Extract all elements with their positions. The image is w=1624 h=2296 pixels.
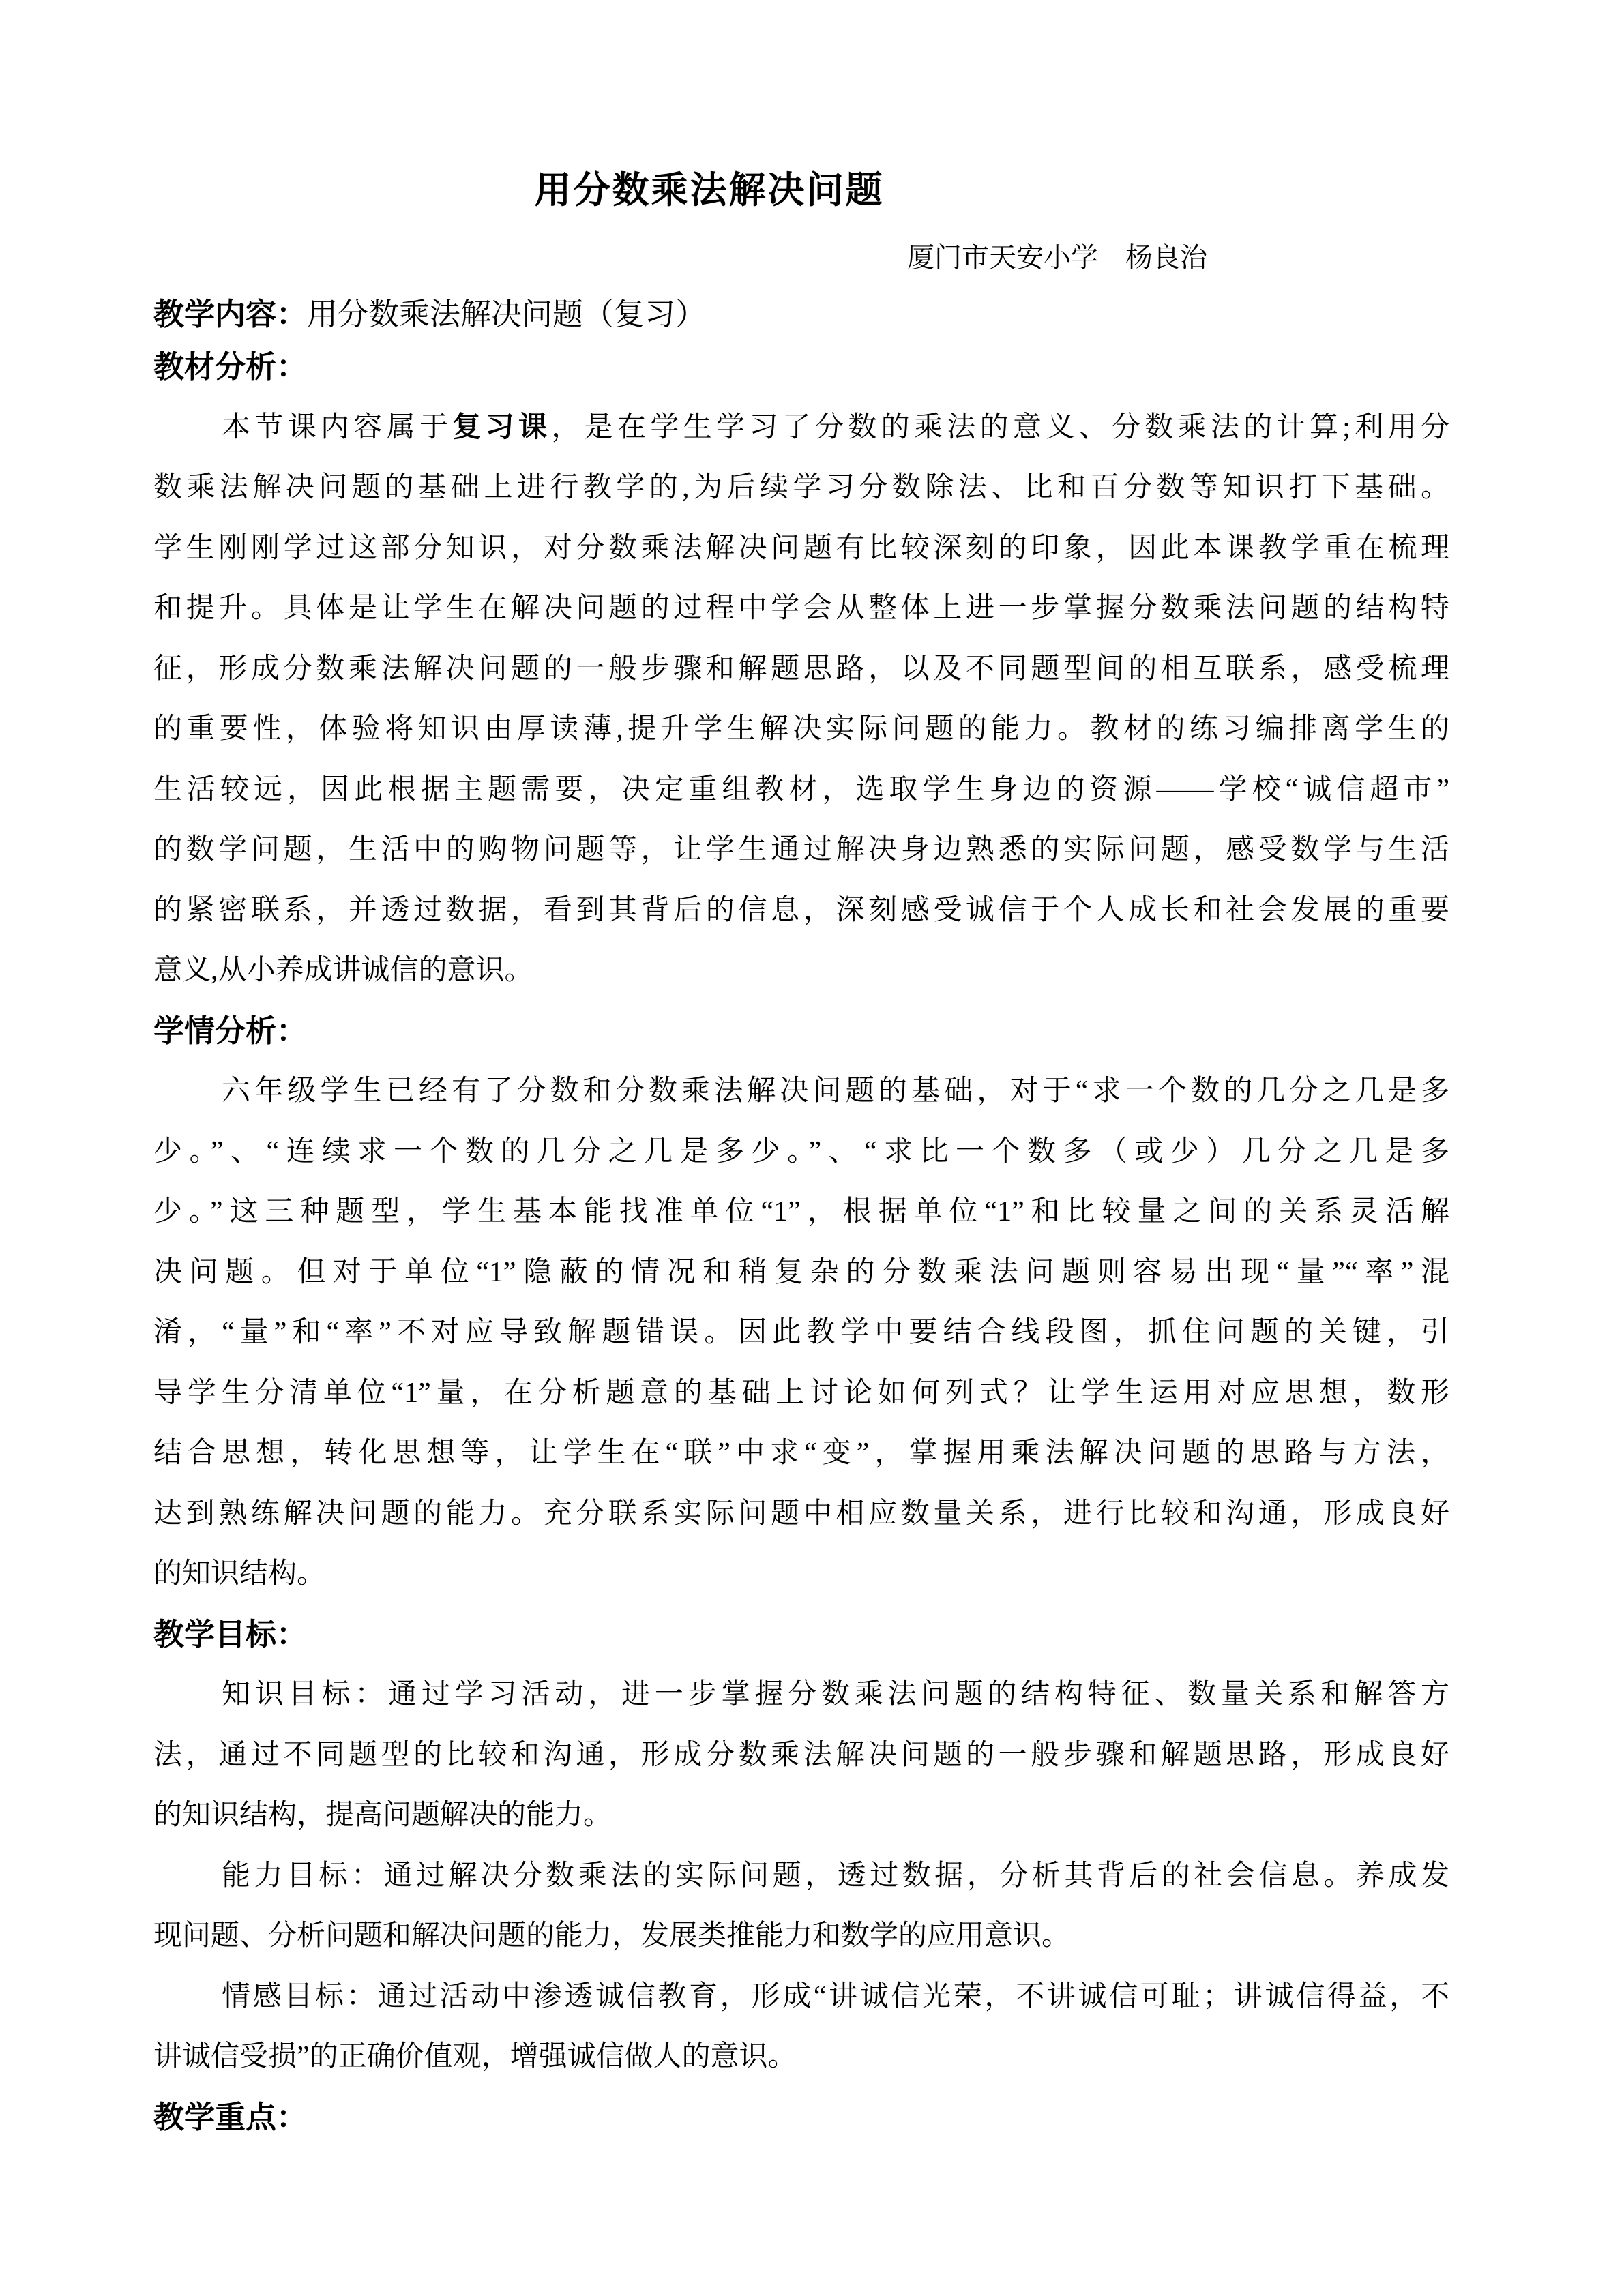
- text-run: 意义,从小养成讲诚信的意识。: [153, 955, 533, 986]
- paragraph-line: 的知识结构，提高问题解决的能力。: [153, 1785, 1449, 1846]
- text-run: 现问题、分析问题和解决问题的能力，发展类推能力和数学的应用意识。: [153, 1920, 1070, 1952]
- author-byline: 厦门市天安小学 杨良治: [153, 236, 1449, 275]
- paragraph-line: 现问题、分析问题和解决问题的能力，发展类推能力和数学的应用意识。: [153, 1906, 1449, 1967]
- teaching-content-line: 教学内容：用分数乘法解决问题（复习）: [153, 289, 1449, 333]
- section-heading: 教学重点：: [153, 2087, 1449, 2148]
- paragraph-line: 和提升。具体是让学生在解决问题的过程中学会从整体上进一步掌握分数乘法问题的结构特: [153, 578, 1449, 639]
- paragraph-line: 数乘法解决问题的基础上进行教学的,为后续学习分数除法、比和百分数等知识打下基础。: [153, 458, 1449, 518]
- paragraph-line: 学生刚刚学过这部分知识，对分数乘法解决问题有比较深刻的印象，因此本课教学重在梳理: [153, 518, 1449, 579]
- text-run: ，是在学生学习了分数的乘法的意义、分数乘法的计算;利用分: [551, 412, 1449, 443]
- paragraph-line: 意义,从小养成讲诚信的意识。: [153, 940, 1449, 1001]
- text-run: 的重要性，体验将知识由厚读薄,提升学生解决实际问题的能力。教材的练习编排离学生的: [153, 713, 1449, 745]
- text-run: 征，形成分数乘法解决问题的一般步骤和解题思路，以及不同题型间的相互联系，感受梳理: [153, 653, 1449, 685]
- text-run: 法，通过不同题型的比较和沟通，形成分数乘法解决问题的一般步骤和解题思路，形成良好: [153, 1740, 1449, 1771]
- paragraph-line: 的紧密联系，并透过数据，看到其背后的信息，深刻感受诚信于个人成长和社会发展的重要: [153, 880, 1449, 941]
- text-run: 情感目标：通过活动中渗透诚信教育，形成“讲诚信光荣，不讲诚信可耻；讲诚信得益，不: [222, 1981, 1449, 2012]
- paragraph-line: 讲诚信受损”的正确价值观，增强诚信做人的意识。: [153, 2027, 1449, 2087]
- text-run: 的知识结构，提高问题解决的能力。: [153, 1800, 612, 1831]
- paragraph-line: 知识目标：通过学习活动，进一步掌握分数乘法问题的结构特征、数量关系和解答方: [153, 1665, 1449, 1725]
- section-heading: 教学目标：: [153, 1605, 1449, 1665]
- paragraph-line: 法，通过不同题型的比较和沟通，形成分数乘法解决问题的一般步骤和解题思路，形成良好: [153, 1725, 1449, 1786]
- paragraph-line: 淆，“量”和“率”不对应导致解题错误。因此教学中要结合线段图，抓住问题的关键，引: [153, 1302, 1449, 1363]
- text-run: 的知识结构。: [153, 1558, 325, 1590]
- paragraph-line: 结合思想，转化思想等，让学生在“联”中求“变”，掌握用乘法解决问题的思路与方法，: [153, 1423, 1449, 1484]
- paragraph-line: 少。”、“连续求一个数的几分之几是多少。”、“求比一个数多（或少）几分之几是多: [153, 1122, 1449, 1182]
- text-run: 能力目标：通过解决分数乘法的实际问题，透过数据，分析其背后的社会信息。养成发: [222, 1860, 1449, 1892]
- text-run: 的紧密联系，并透过数据，看到其背后的信息，深刻感受诚信于个人成长和社会发展的重要: [153, 895, 1449, 926]
- paragraph-line: 六年级学生已经有了分数和分数乘法解决问题的基础，对于“求一个数的几分之几是多: [153, 1061, 1449, 1122]
- document-body: 教材分析：本节课内容属于复习课，是在学生学习了分数的乘法的意义、分数乘法的计算;…: [153, 337, 1449, 2147]
- paragraph-line: 导学生分清单位“1”量，在分析题意的基础上讨论如何列式？让学生运用对应思想，数形: [153, 1363, 1449, 1424]
- text-run: 的数学问题，生活中的购物问题等，让学生通过解决身边熟悉的实际问题，感受数学与生活: [153, 834, 1449, 865]
- text-run: 淆，“量”和“率”不对应导致解题错误。因此教学中要结合线段图，抓住问题的关键，引: [153, 1317, 1449, 1348]
- text-run: 达到熟练解决问题的能力。充分联系实际问题中相应数量关系，进行比较和沟通，形成良好: [153, 1498, 1449, 1530]
- paragraph-line: 的重要性，体验将知识由厚读薄,提升学生解决实际问题的能力。教材的练习编排离学生的: [153, 699, 1449, 760]
- page-title: 用分数乘法解决问题: [61, 161, 1357, 213]
- text-run: 本节课内容属于: [222, 412, 452, 443]
- text-run: 导学生分清单位“1”量，在分析题意的基础上讨论如何列式？让学生运用对应思想，数形: [153, 1377, 1449, 1409]
- text-run: 决问题。但对于单位“1”隐蔽的情况和稍复杂的分数乘法问题则容易出现“量”“率”混: [153, 1257, 1449, 1288]
- text-run: 六年级学生已经有了分数和分数乘法解决问题的基础，对于“求一个数的几分之几是多: [222, 1075, 1449, 1107]
- document-page: 用分数乘法解决问题 厦门市天安小学 杨良治 教学内容：用分数乘法解决问题（复习）…: [0, 0, 1624, 2296]
- text-run: 知识目标：通过学习活动，进一步掌握分数乘法问题的结构特征、数量关系和解答方: [222, 1679, 1449, 1710]
- text-run: 结合思想，转化思想等，让学生在“联”中求“变”，掌握用乘法解决问题的思路与方法，: [153, 1437, 1449, 1469]
- paragraph-line: 能力目标：通过解决分数乘法的实际问题，透过数据，分析其背后的社会信息。养成发: [153, 1846, 1449, 1907]
- text-run: 数乘法解决问题的基础上进行教学的,为后续学习分数除法、比和百分数等知识打下基础。: [153, 472, 1449, 503]
- paragraph-line: 达到熟练解决问题的能力。充分联系实际问题中相应数量关系，进行比较和沟通，形成良好: [153, 1484, 1449, 1545]
- teaching-content-text: 用分数乘法解决问题（复习）: [307, 297, 706, 331]
- text-run: 少。”这三种题型，学生基本能找准单位“1”，根据单位“1”和比较量之间的关系灵活…: [153, 1196, 1449, 1227]
- paragraph-line: 决问题。但对于单位“1”隐蔽的情况和稍复杂的分数乘法问题则容易出现“量”“率”混: [153, 1242, 1449, 1303]
- section-heading: 教材分析：: [153, 337, 1449, 398]
- text-run: 生活较远，因此根据主题需要，决定重组教材，选取学生身边的资源——学校“诚信超市”: [153, 774, 1449, 805]
- paragraph-line: 情感目标：通过活动中渗透诚信教育，形成“讲诚信光荣，不讲诚信可耻；讲诚信得益，不: [153, 1967, 1449, 2027]
- section-heading: 学情分析：: [153, 1001, 1449, 1062]
- text-run: 讲诚信受损”的正确价值观，增强诚信做人的意识。: [153, 2041, 797, 2072]
- text-run: 和提升。具体是让学生在解决问题的过程中学会从整体上进一步掌握分数乘法问题的结构特: [153, 593, 1449, 624]
- text-run: 学生刚刚学过这部分知识，对分数乘法解决问题有比较深刻的印象，因此本课教学重在梳理: [153, 533, 1449, 564]
- paragraph-line: 少。”这三种题型，学生基本能找准单位“1”，根据单位“1”和比较量之间的关系灵活…: [153, 1182, 1449, 1242]
- paragraph-line: 征，形成分数乘法解决问题的一般步骤和解题思路，以及不同题型间的相互联系，感受梳理: [153, 639, 1449, 700]
- paragraph-line: 的知识结构。: [153, 1544, 1449, 1605]
- text-run: 少。”、“连续求一个数的几分之几是多少。”、“求比一个数多（或少）几分之几是多: [153, 1136, 1449, 1167]
- bold-text-run: 复习课: [452, 412, 551, 443]
- paragraph-line: 本节课内容属于复习课，是在学生学习了分数的乘法的意义、分数乘法的计算;利用分: [153, 398, 1449, 458]
- paragraph-line: 生活较远，因此根据主题需要，决定重组教材，选取学生身边的资源——学校“诚信超市”: [153, 760, 1449, 820]
- teaching-content-label: 教学内容：: [153, 297, 307, 331]
- paragraph-line: 的数学问题，生活中的购物问题等，让学生通过解决身边熟悉的实际问题，感受数学与生活: [153, 820, 1449, 880]
